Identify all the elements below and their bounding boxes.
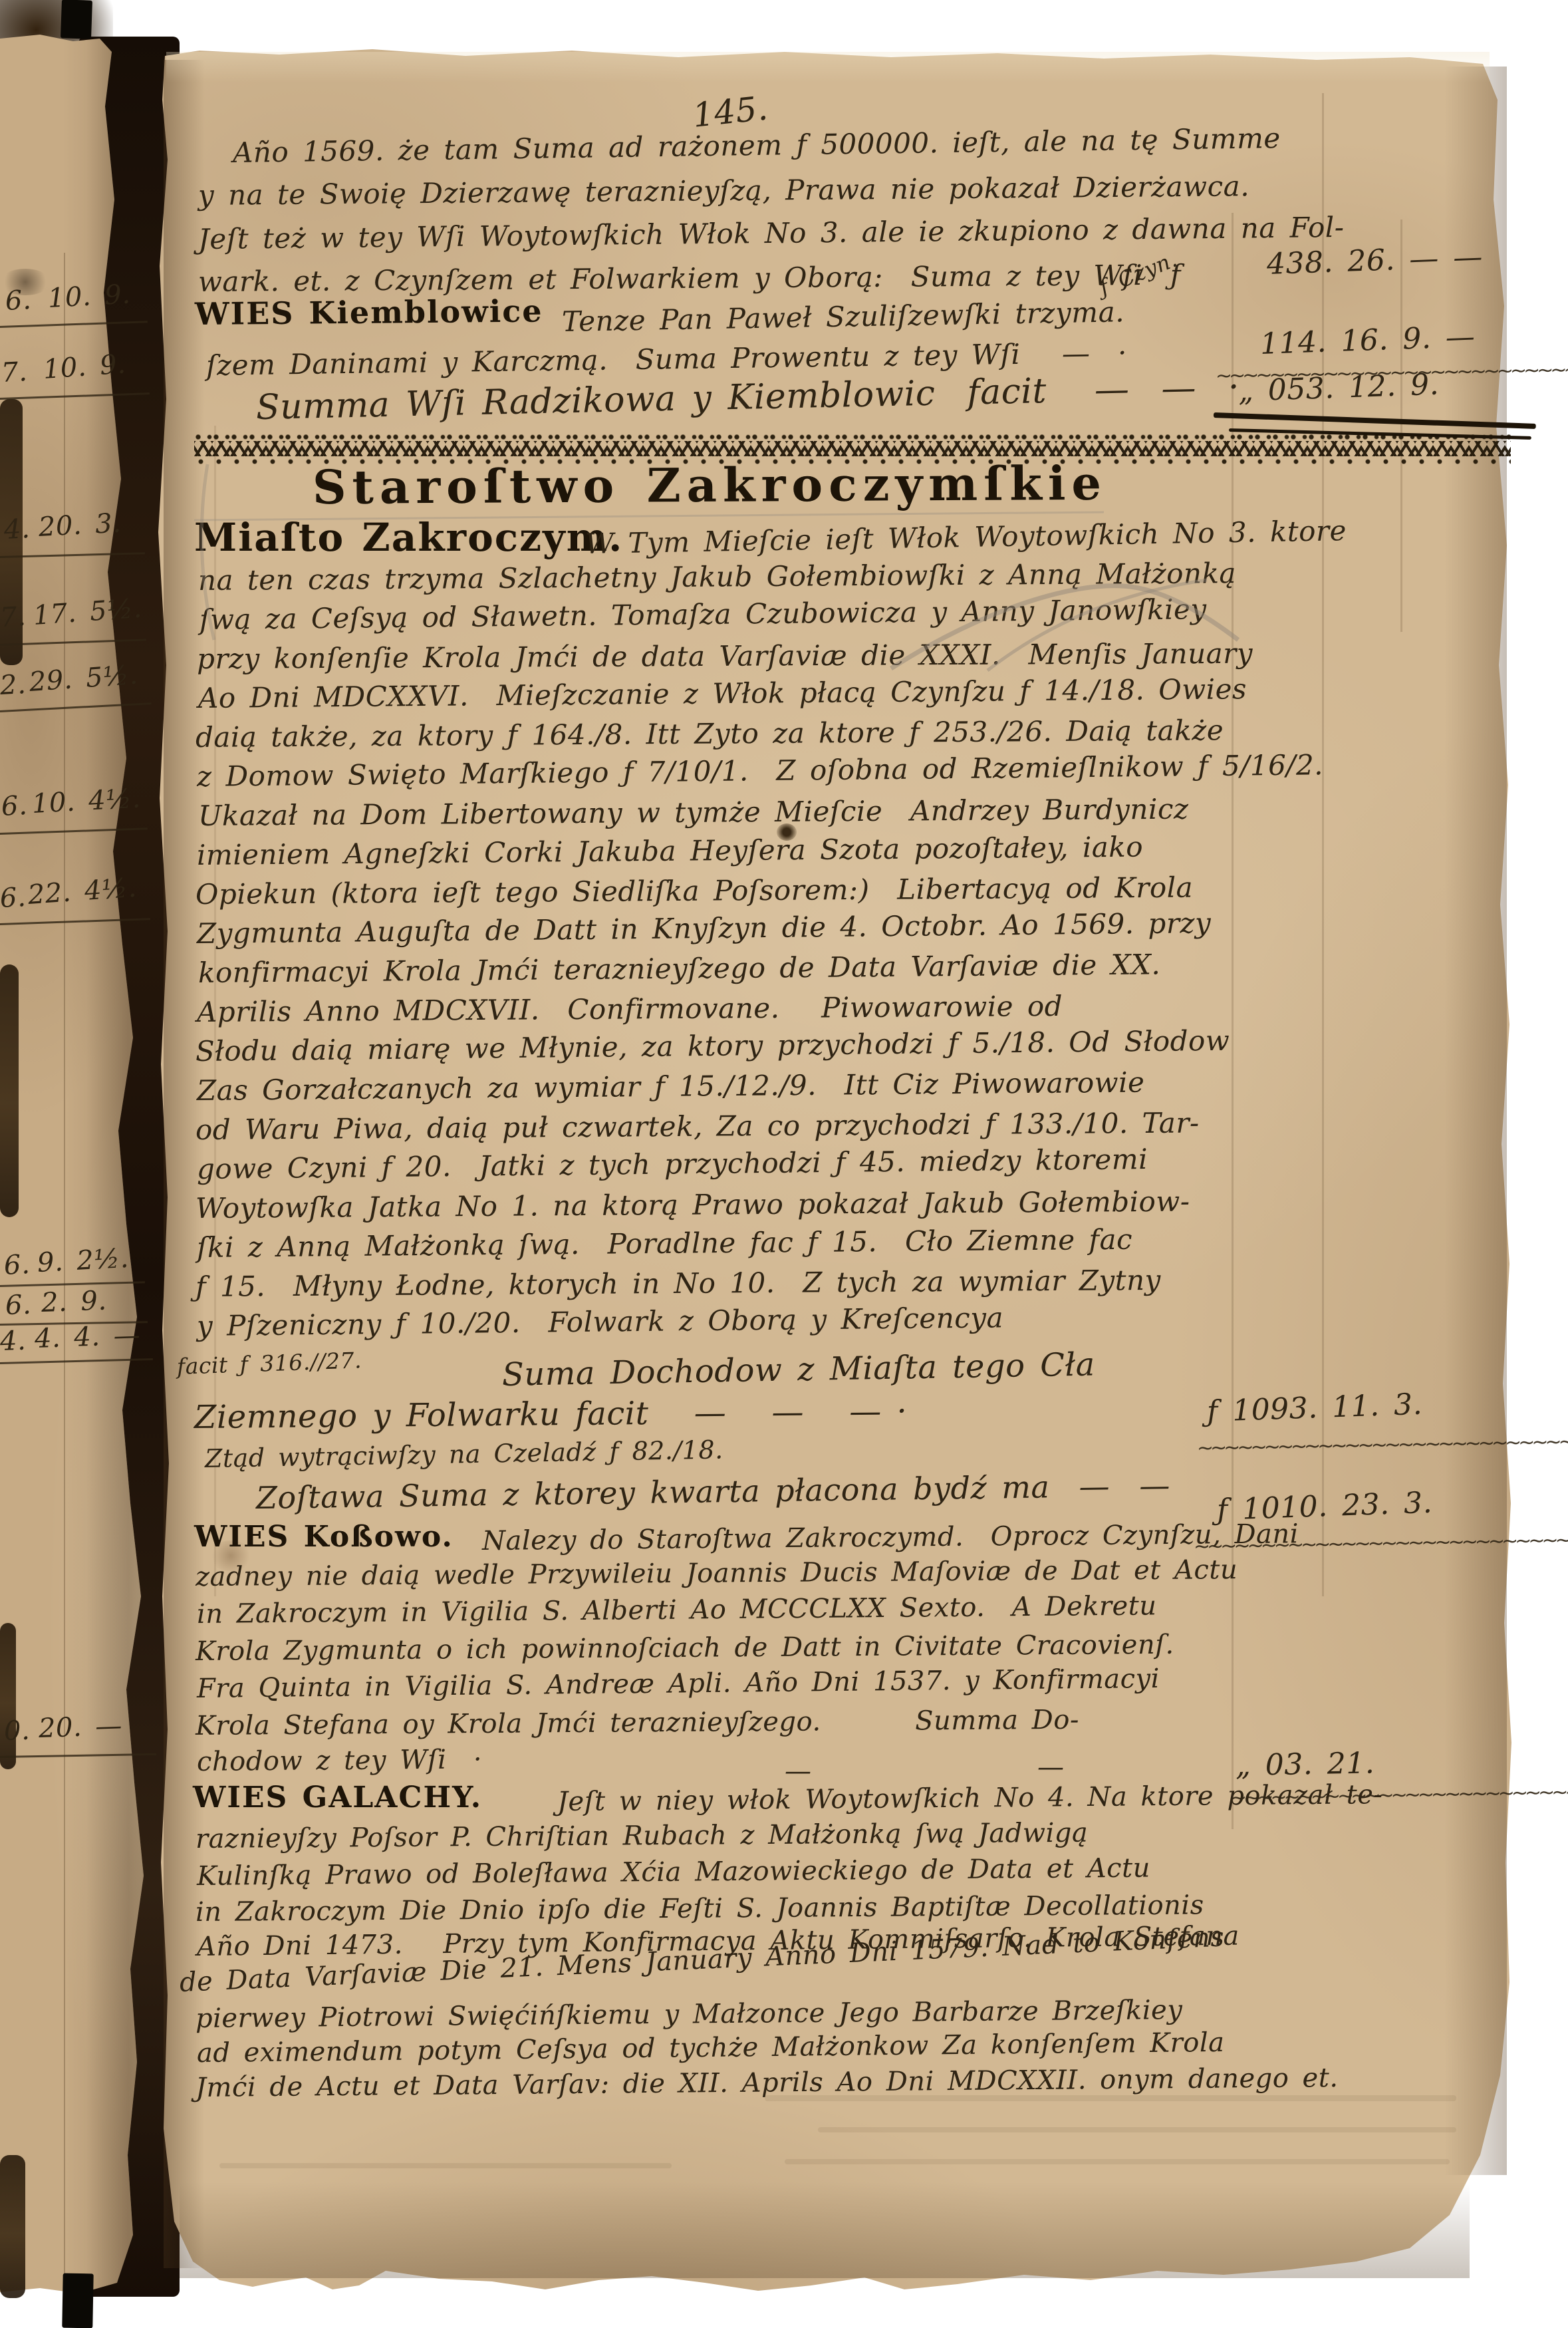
show-through-line [818, 2127, 1456, 2132]
paper-stain [209, 1540, 253, 1571]
binding-edge-fragment [0, 399, 23, 665]
previous-page-crease [64, 253, 65, 2275]
page-fold-line [214, 426, 216, 1596]
show-through-line [219, 2163, 672, 2168]
binding-bar-bottom [62, 2273, 93, 2328]
show-through-line [765, 2095, 1456, 2101]
page-fold-line [1322, 93, 1324, 1596]
binding-edge-fragment [0, 1623, 16, 1769]
manuscript-page [0, 0, 1568, 2328]
binding-edge-fragment [0, 964, 19, 1217]
ink-blot [777, 823, 797, 841]
ornament-border [194, 434, 1511, 464]
binding-bar-top [61, 0, 92, 39]
binding-edge-fragment [0, 2155, 25, 2298]
page-fold-line [1400, 219, 1402, 632]
manuscript-scan: 145. Año 1569. że tam Suma ad rażonem ƒ … [0, 0, 1568, 2328]
previous-page-smudge [0, 269, 51, 295]
show-through-line [785, 2159, 1450, 2164]
